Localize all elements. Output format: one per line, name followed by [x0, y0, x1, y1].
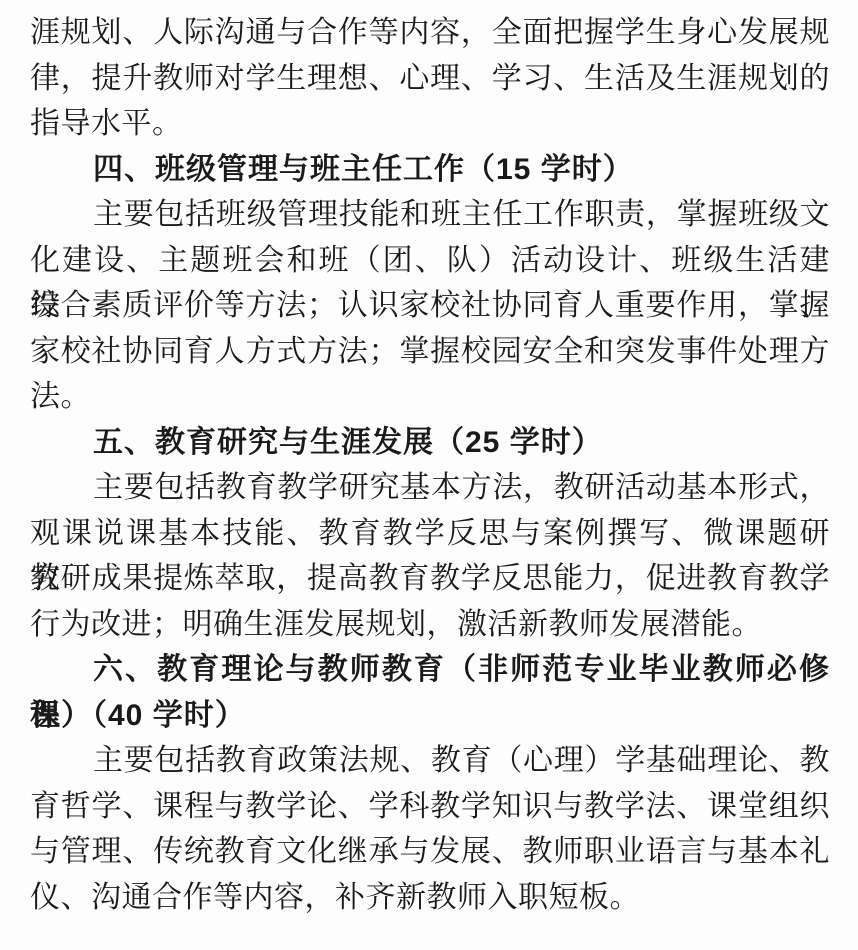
text-line: 家校社协同育人方式方法；掌握校园安全和突发事件处理方 — [30, 329, 830, 375]
document-page: 涯规划、人际沟通与合作等内容，全面把握学生身心发展规律，提升教师对学生理想、心理… — [0, 0, 858, 950]
text-line: 行为改进；明确生涯发展规划，激活新教师发展潜能。 — [30, 602, 830, 648]
text-line: 育哲学、课程与教学论、学科教学知识与教学法、课堂组织 — [30, 784, 830, 830]
text-line: 法。 — [30, 374, 830, 420]
section-heading-line: 程）（40 学时） — [30, 693, 830, 739]
text-line: 律，提升教师对学生理想、心理、学习、生活及生涯规划的 — [30, 56, 830, 102]
text-line: 仪、沟通合作等内容，补齐新教师入职短板。 — [30, 875, 830, 921]
section-heading-line: 四、班级管理与班主任工作（15 学时） — [30, 147, 830, 193]
text-line: 指导水平。 — [30, 101, 830, 147]
text-line: 观课说课基本技能、教育教学反思与案例撰写、微课题研究、 — [30, 511, 830, 557]
section-heading-line: 五、教育研究与生涯发展（25 学时） — [30, 420, 830, 466]
text-line: 教研成果提炼萃取，提高教育教学反思能力，促进教育教学 — [30, 556, 830, 602]
text-line: 与管理、传统教育文化继承与发展、教师职业语言与基本礼 — [30, 829, 830, 875]
document-content: 涯规划、人际沟通与合作等内容，全面把握学生身心发展规律，提升教师对学生理想、心理… — [30, 10, 830, 920]
text-line: 主要包括教育教学研究基本方法，教研活动基本形式， — [30, 465, 830, 511]
text-line: 主要包括教育政策法规、教育（心理）学基础理论、教 — [30, 738, 830, 784]
text-line: 涯规划、人际沟通与合作等内容，全面把握学生身心发展规 — [30, 10, 830, 56]
text-line: 综合素质评价等方法；认识家校社协同育人重要作用，掌握 — [30, 283, 830, 329]
section-heading-line: 六、教育理论与教师教育（非师范专业毕业教师必修课 — [30, 647, 830, 693]
text-line: 主要包括班级管理技能和班主任工作职责，掌握班级文 — [30, 192, 830, 238]
text-line: 化建设、主题班会和班（团、队）活动设计、班级生活建设、 — [30, 238, 830, 284]
